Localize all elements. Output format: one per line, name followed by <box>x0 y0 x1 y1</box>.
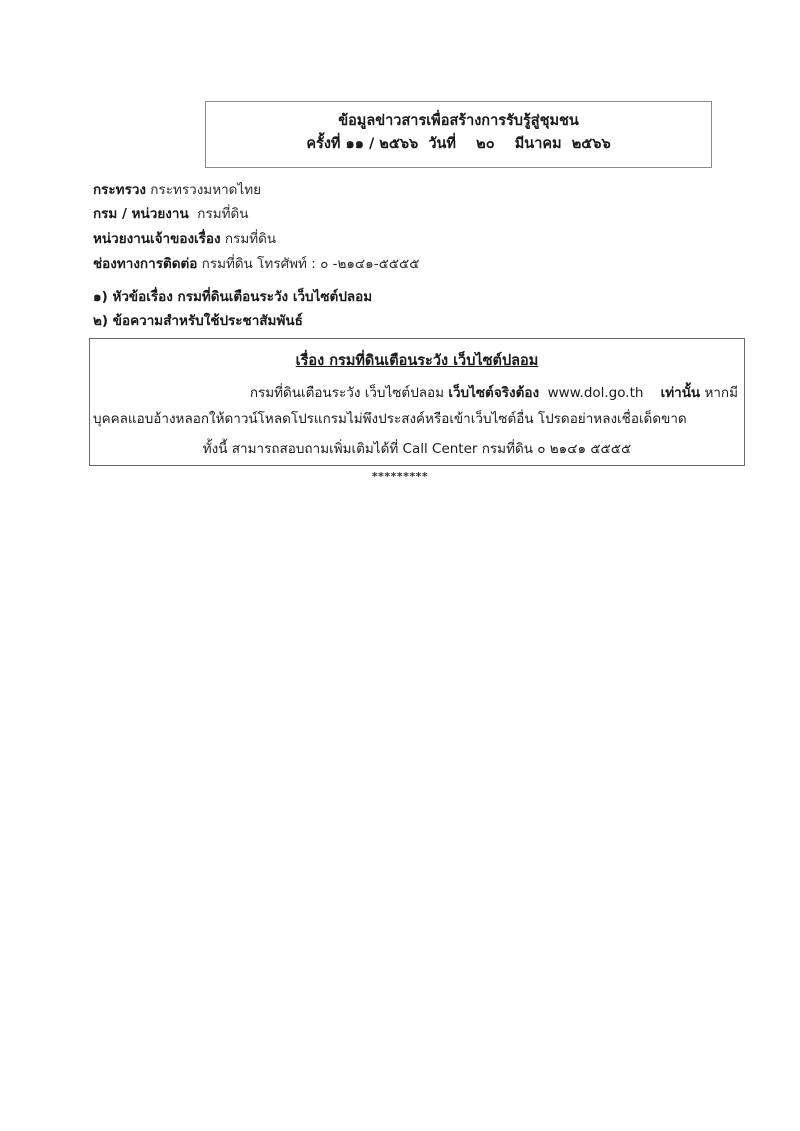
ministry-value: กระทรวงมหาดไทย <box>150 182 261 198</box>
contact-label: ช่องทางการติดต่อ <box>93 256 197 272</box>
contact-line: ช่องทางการติดต่อ กรมที่ดิน โทรศัพท์ : ๐ … <box>93 254 419 274</box>
p1-start: กรมที่ดินเตือนระวัง เว็บไซต์ปลอม <box>250 385 449 401</box>
department-line: กรม / หน่วยงาน กรมที่ดิน <box>93 204 249 224</box>
p1-bold-real-site: เว็บไซต์จริงต้อง <box>448 385 539 401</box>
owner-label: หน่วยงานเจ้าของเรื่อง <box>93 231 221 247</box>
announcement-paragraph-3: ทั้งนี้ สามารถสอบถามเพิ่มเติมได้ที่ Call… <box>90 439 744 459</box>
ministry-line: กระทรวง กระทรวงมหาดไทย <box>93 180 261 200</box>
header-box: ข้อมูลข่าวสารเพื่อสร้างการรับรู้สู่ชุมชน… <box>205 101 712 168</box>
ministry-label: กระทรวง <box>93 182 146 198</box>
separator-stars: ********* <box>0 470 800 483</box>
announcement-paragraph-2: บุคคลแอบอ้างหลอกให้ดาวน์โหลดโปรแกรมไม่พึ… <box>93 409 687 429</box>
department-value: กรมที่ดิน <box>197 206 248 222</box>
announcement-paragraph-1: กรมที่ดินเตือนระวัง เว็บไซต์ปลอม เว็บไซต… <box>90 383 738 403</box>
department-label: กรม / หน่วยงาน <box>93 206 189 222</box>
document-page: ข้อมูลข่าวสารเพื่อสร้างการรับรู้สู่ชุมชน… <box>0 0 800 1131</box>
owner-value: กรมที่ดิน <box>225 231 276 247</box>
owner-line: หน่วยงานเจ้าของเรื่อง กรมที่ดิน <box>93 229 276 249</box>
p1-bold-only: เท่านั้น <box>661 385 701 401</box>
p1-end: หากมี <box>700 385 738 401</box>
p1-url: www.dol.go.th <box>548 385 644 401</box>
section-message: ๒) ข้อความสำหรับใช้ประชาสัมพันธ์ <box>93 311 303 331</box>
section-topic: ๑) หัวข้อเรื่อง กรมที่ดินเตือนระวัง เว็บ… <box>93 287 372 307</box>
contact-value: กรมที่ดิน โทรศัพท์ : ๐ -๒๑๔๑-๕๕๕๕ <box>202 256 420 272</box>
header-title: ข้อมูลข่าวสารเพื่อสร้างการรับรู้สู่ชุมชน <box>206 111 711 131</box>
announcement-box: เรื่อง กรมที่ดินเตือนระวัง เว็บไซต์ปลอม … <box>89 338 745 466</box>
announcement-title: เรื่อง กรมที่ดินเตือนระวัง เว็บไซต์ปลอม <box>90 351 744 371</box>
header-issue-line: ครั้งที่ ๑๑ / ๒๕๖๖ วันที่ ๒๐ มีนาคม ๒๕๖๖ <box>206 134 711 154</box>
